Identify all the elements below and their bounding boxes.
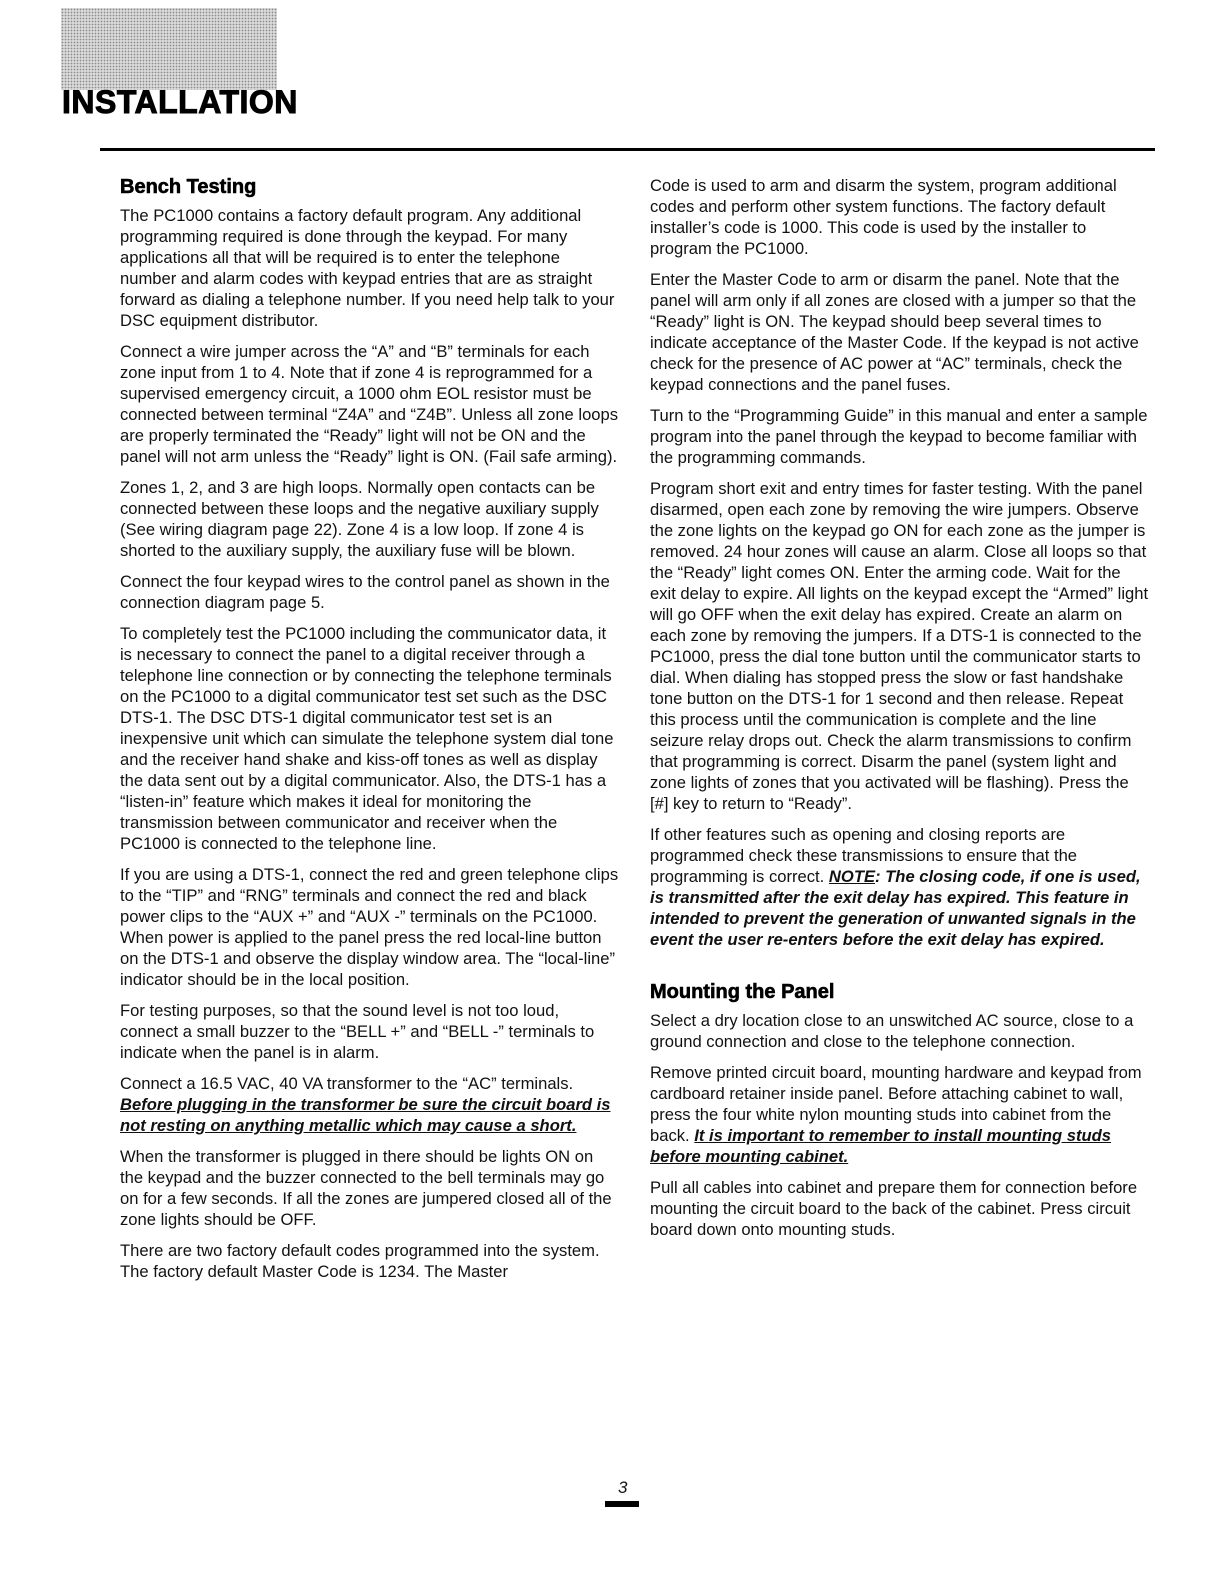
section-heading-bench-testing: Bench Testing (120, 175, 620, 199)
paragraph: When the transformer is plugged in there… (120, 1146, 620, 1230)
paragraph: To completely test the PC1000 including … (120, 623, 620, 854)
paragraph: There are two factory default codes prog… (120, 1240, 620, 1282)
warning-text: Before plugging in the transformer be su… (120, 1095, 611, 1135)
section-heading-mounting: Mounting the Panel (650, 980, 1150, 1004)
paragraph-text: Connect a 16.5 VAC, 40 VA transformer to… (120, 1074, 573, 1093)
note-paragraph: If other features such as opening and cl… (650, 824, 1150, 950)
page-title: INSTALLATION (62, 86, 298, 118)
page-number-bar (605, 1501, 639, 1507)
studs-paragraph: Remove printed circuit board, mounting h… (650, 1062, 1150, 1167)
right-column: Code is used to arm and disarm the syste… (650, 175, 1150, 1250)
title-divider (100, 148, 1155, 151)
left-column: Bench Testing The PC1000 contains a fact… (120, 175, 620, 1292)
paragraph: Turn to the “Programming Guide” in this … (650, 405, 1150, 468)
note-label: NOTE (829, 867, 875, 886)
warning-text: It is important to remember to install m… (650, 1126, 1111, 1166)
paragraph: For testing purposes, so that the sound … (120, 1000, 620, 1063)
paragraph: Select a dry location close to an unswit… (650, 1010, 1150, 1052)
paragraph: Enter the Master Code to arm or disarm t… (650, 269, 1150, 395)
paragraph: If you are using a DTS-1, connect the re… (120, 864, 620, 990)
paragraph: Code is used to arm and disarm the syste… (650, 175, 1150, 259)
paragraph: Connect a wire jumper across the “A” and… (120, 341, 620, 467)
paragraph: Connect the four keypad wires to the con… (120, 571, 620, 613)
paragraph: Program short exit and entry times for f… (650, 478, 1150, 814)
paragraph: Pull all cables into cabinet and prepare… (650, 1177, 1150, 1240)
page-number: 3 (618, 1478, 627, 1498)
transformer-paragraph: Connect a 16.5 VAC, 40 VA transformer to… (120, 1073, 620, 1136)
paragraph: Zones 1, 2, and 3 are high loops. Normal… (120, 477, 620, 561)
paragraph: The PC1000 contains a factory default pr… (120, 205, 620, 331)
header-halftone-band (61, 8, 277, 90)
